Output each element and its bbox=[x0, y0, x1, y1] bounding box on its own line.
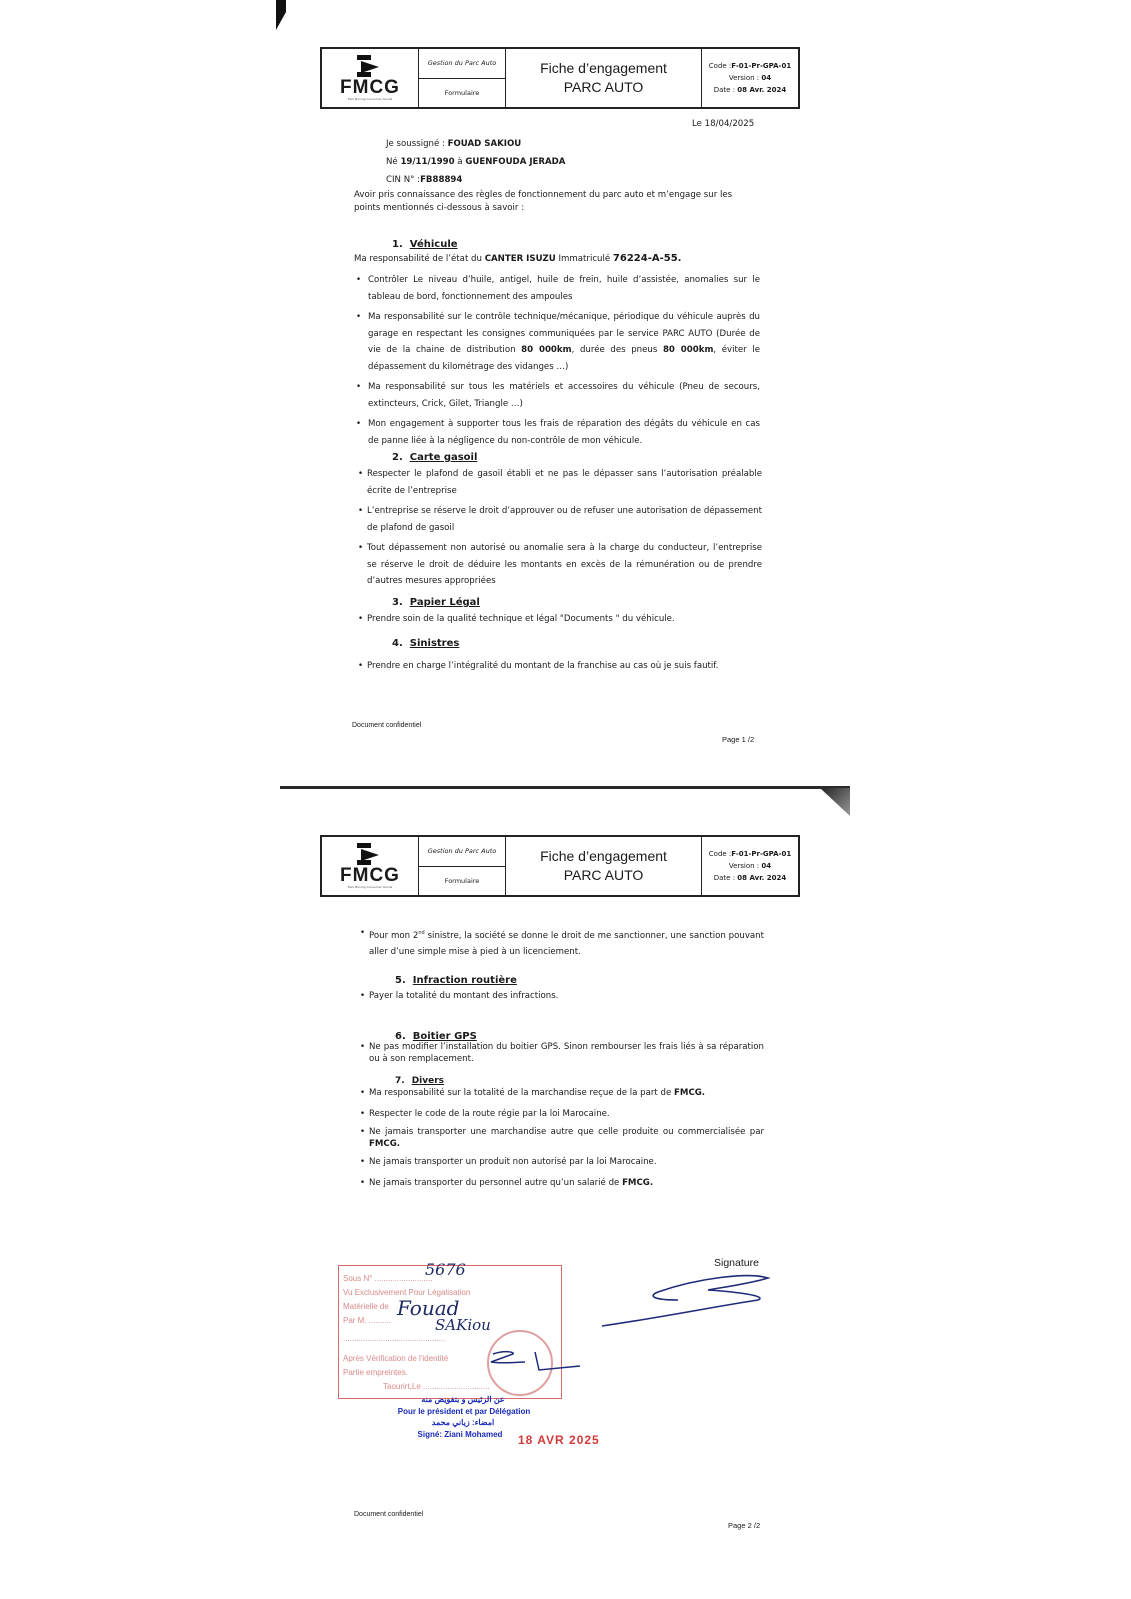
document-meta: Code :F-01-Pr-GPA-01 Version : 04 Date :… bbox=[702, 49, 798, 107]
footer-confidential: Document confidentiel bbox=[354, 1511, 423, 1518]
section-vehicule-title: 1.Véhicule bbox=[392, 239, 458, 250]
list-item: Ne jamais transporter un produit non aut… bbox=[360, 1154, 764, 1171]
list-item: Pour mon 2nd sinistre, la société se don… bbox=[360, 925, 764, 961]
form-type-label: Formulaire bbox=[419, 79, 505, 108]
delegation-arabic: عن الرئيس و بتفويض منه bbox=[398, 1395, 528, 1404]
gasoil-list: Respecter le plafond de gasoil établi et… bbox=[358, 466, 762, 594]
list-item: Ma responsabilité sur le contrôle techni… bbox=[356, 309, 760, 375]
sinistres-list: Prendre en charge l’intégralité du monta… bbox=[358, 658, 762, 679]
signed-arabic: امضاء: زياني محمد bbox=[398, 1418, 528, 1427]
date-stamp: 18 AVR 2025 bbox=[518, 1433, 600, 1447]
vehicule-list: Contrôler Le niveau d’huile, antigel, hu… bbox=[356, 272, 760, 453]
list-item: Prendre soin de la qualité technique et … bbox=[358, 611, 762, 628]
department-label: Gestion du Parc Auto bbox=[419, 49, 505, 79]
list-item: Prendre en charge l’intégralité du monta… bbox=[358, 658, 762, 675]
document-meta: Code :F-01-Pr-GPA-01 Version : 04 Date :… bbox=[702, 837, 798, 895]
page-1: FMCG Fast Moving Consumer Goods Gestion … bbox=[280, 0, 850, 790]
document-header: FMCG Fast Moving Consumer Goods Gestion … bbox=[320, 835, 800, 897]
gps-list: Ne pas modifier l’installation du boitie… bbox=[360, 1041, 764, 1069]
document-title: Fiche d’engagement PARC AUTO bbox=[506, 837, 702, 895]
signature-label: Signature bbox=[714, 1257, 759, 1269]
list-item: Ne jamais transporter une marchandise au… bbox=[360, 1126, 764, 1150]
list-item: Respecter le code de la route régie par … bbox=[360, 1106, 764, 1123]
section-infraction-title: 5.Infraction routière bbox=[395, 975, 517, 986]
divers-list: Ma responsabilité sur la totalité de la … bbox=[360, 1085, 764, 1195]
signed-french: Signé: Ziani Mohamed bbox=[405, 1430, 515, 1439]
page-2: FMCG Fast Moving Consumer Goods Gestion … bbox=[280, 795, 850, 1599]
company-logo: FMCG Fast Moving Consumer Goods bbox=[322, 837, 419, 895]
section-sinistres-title: 4.Sinistres bbox=[392, 638, 459, 649]
document-header: FMCG Fast Moving Consumer Goods Gestion … bbox=[320, 47, 800, 109]
document-date: Le 18/04/2025 bbox=[692, 116, 754, 133]
birth-line: Né 19/11/1990 à GUENFOUDA JERADA bbox=[386, 154, 565, 171]
vehicle-responsibility: Ma responsabilité de l’état du CANTER IS… bbox=[354, 251, 681, 268]
page-number: Page 1 /2 bbox=[722, 735, 754, 744]
fmcg-arrow-icon bbox=[357, 55, 383, 77]
page-number: Page 2 /2 bbox=[728, 1521, 760, 1530]
list-item: Contrôler Le niveau d’huile, antigel, hu… bbox=[356, 272, 760, 305]
form-type-label: Formulaire bbox=[419, 867, 505, 896]
section-papier-legal-title: 3.Papier Légal bbox=[392, 597, 480, 608]
undersigned-line: Je soussigné : FOUAD SAKIOU bbox=[386, 136, 521, 153]
fmcg-arrow-icon bbox=[357, 843, 383, 865]
list-item: Ma responsabilité sur tous les matériels… bbox=[356, 379, 760, 412]
company-logo: FMCG Fast Moving Consumer Goods bbox=[322, 49, 419, 107]
papier-list: Prendre soin de la qualité technique et … bbox=[358, 611, 762, 632]
list-item: Tout dépassement non autorisé ou anomali… bbox=[358, 540, 762, 590]
section-carte-gasoil-title: 2.Carte gasoil bbox=[392, 452, 477, 463]
department-label: Gestion du Parc Auto bbox=[419, 837, 505, 867]
official-signature bbox=[485, 1348, 585, 1376]
list-item: Payer la totalité du montant des infract… bbox=[360, 988, 764, 1005]
footer-confidential: Document confidentiel bbox=[352, 722, 421, 729]
list-item: Ne pas modifier l’installation du boitie… bbox=[360, 1041, 764, 1065]
infraction-list: Payer la totalité du montant des infract… bbox=[360, 988, 764, 1009]
list-item: Ma responsabilité sur la totalité de la … bbox=[360, 1085, 764, 1102]
cin-line: CIN N° :FB88894 bbox=[386, 172, 462, 189]
handwritten-signature bbox=[598, 1270, 778, 1330]
list-item: Respecter le plafond de gasoil établi et… bbox=[358, 466, 762, 499]
sinistres-continuation-list: Pour mon 2nd sinistre, la société se don… bbox=[360, 925, 764, 965]
document-title: Fiche d’engagement PARC AUTO bbox=[506, 49, 702, 107]
delegation-french: Pour le président et par Délégation bbox=[384, 1407, 544, 1416]
list-item: Ne jamais transporter du personnel autre… bbox=[360, 1175, 764, 1192]
list-item: Mon engagement à supporter tous les frai… bbox=[356, 416, 760, 449]
list-item: L’entreprise se réserve le droit d’appro… bbox=[358, 503, 762, 536]
intro-paragraph: Avoir pris connaissance des règles de fo… bbox=[354, 189, 760, 215]
